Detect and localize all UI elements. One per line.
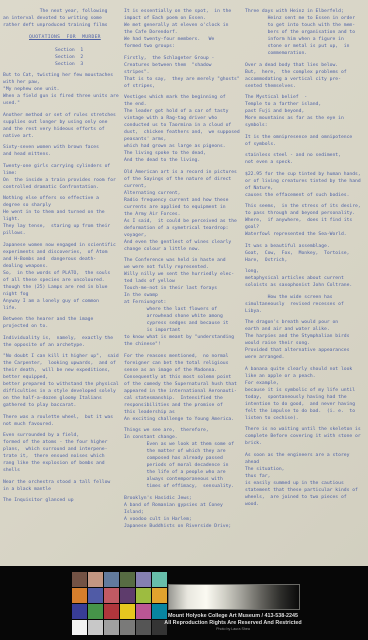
paragraph: Even surrounded by a field, formed of th…	[3, 432, 123, 474]
paragraph: Individuality is, namely, exactly the th…	[3, 335, 123, 349]
paragraph: There is no waiting until the skeleton i…	[245, 426, 365, 447]
paragraph: The dragon's breath would pour on earth …	[245, 319, 365, 361]
paragraph: Three days with Heinz in Elberfeld; Hein…	[245, 8, 365, 57]
paragraph: It is essentially on the spot, in the im…	[124, 8, 244, 50]
color-patch	[120, 588, 135, 603]
museum-credit-line: Mount Holyoke College Art Museum / 413-5…	[158, 613, 308, 620]
paragraph: How the wide screen has simultaneously r…	[245, 294, 365, 315]
paragraph: For the reasons mentioned, no normal for…	[124, 353, 244, 423]
text-column-left: The next year, following an interval dev…	[3, 8, 123, 566]
paragraph: Between the hearer and the image project…	[3, 316, 123, 330]
grayscale-wedge	[168, 584, 300, 610]
photographer-line: Photo by Laura Shea	[158, 627, 308, 632]
color-patch	[104, 604, 119, 619]
paragraph: Near the orchestra stood a tall fellow i…	[3, 479, 123, 493]
color-patch	[88, 604, 103, 619]
paragraph: stainless steel - and no sediment, not e…	[245, 152, 365, 166]
paragraph: There was a roulette wheel, but it was n…	[3, 414, 123, 428]
paragraph: $22.95 for the cup tinted by human hands…	[245, 171, 365, 199]
color-patch	[104, 620, 119, 635]
paragraph: The next year, following an interval dev…	[3, 8, 123, 29]
paragraph: Things we see are, therefore, In constan…	[124, 427, 244, 490]
color-patch	[152, 572, 167, 587]
text-column-right: Three days with Heinz in Elberfeld; Hein…	[245, 8, 365, 566]
paragraph: "No doubt I can kill it higher up", said…	[3, 353, 123, 409]
color-patch	[88, 588, 103, 603]
paragraph: Japanese women now engaged in scientific…	[3, 242, 123, 312]
color-patch	[88, 572, 103, 587]
paragraph: Nothing else offers so effective a degre…	[3, 195, 123, 237]
color-patch	[136, 604, 151, 619]
paragraph: A banana quite clearly should not look l…	[245, 366, 365, 422]
paragraph: long, metaphysical articles about curren…	[245, 268, 365, 289]
color-patch	[72, 588, 87, 603]
color-patch	[72, 604, 87, 619]
paragraph: Sixty-seven women with brown faces and h…	[3, 144, 123, 158]
paragraph: The Inquisitor glanced up	[3, 497, 123, 504]
color-patch	[152, 588, 167, 603]
paragraph: Firstly, the Schlageter Group - Creature…	[124, 55, 244, 90]
paragraph: As soon as the engineers are a storey ah…	[245, 452, 365, 508]
paragraph: Another method or set of rules stretches…	[3, 112, 123, 140]
paragraph: The Mystical belief - Temple to a farthe…	[245, 94, 365, 129]
color-patch	[120, 604, 135, 619]
color-patch	[120, 620, 135, 635]
paragraph: It is the omnipresence and omnipotence o…	[245, 134, 365, 148]
color-checker-chart	[72, 572, 167, 635]
paragraph: Over a dead body that lies below. But, h…	[245, 62, 365, 90]
color-patch	[120, 572, 135, 587]
paragraph: Section 1 Section 2 Section 3	[55, 47, 123, 68]
color-patch	[136, 572, 151, 587]
archival-photo: The next year, following an interval dev…	[0, 0, 368, 640]
paragraph: Twenty-one girls carrying cylinders of l…	[3, 163, 123, 191]
rights-line: All Reproduction Rights Are Reserved And…	[158, 620, 308, 627]
color-patch	[72, 572, 87, 587]
color-patch	[136, 620, 151, 635]
paragraph: Brooklyn's Hasidic Jews; A band of Roman…	[124, 495, 244, 530]
paragraph: The Conference was held in haste and we …	[124, 257, 244, 348]
color-patch	[72, 620, 87, 635]
color-patch	[88, 620, 103, 635]
document-page: The next year, following an interval dev…	[0, 0, 368, 566]
paragraph: This seems, in the stress of its desire,…	[245, 203, 365, 238]
paragraph: But to Cat, twisting her few moustaches …	[3, 72, 123, 107]
color-patch	[104, 588, 119, 603]
paragraph: It was a beautiful assemblage. Goat, Cow…	[245, 243, 365, 264]
color-patch	[104, 572, 119, 587]
paragraph: Old American art is a record in pictures…	[124, 169, 244, 253]
document-title: QUOTATIONS FOR MURDER	[29, 34, 123, 41]
museum-credit: Mount Holyoke College Art Museum / 413-5…	[158, 613, 308, 632]
paragraph: Vestiges which mark the beginning of the…	[124, 94, 244, 164]
color-patch	[136, 588, 151, 603]
text-column-middle: It is essentially on the spot, in the im…	[124, 8, 244, 566]
